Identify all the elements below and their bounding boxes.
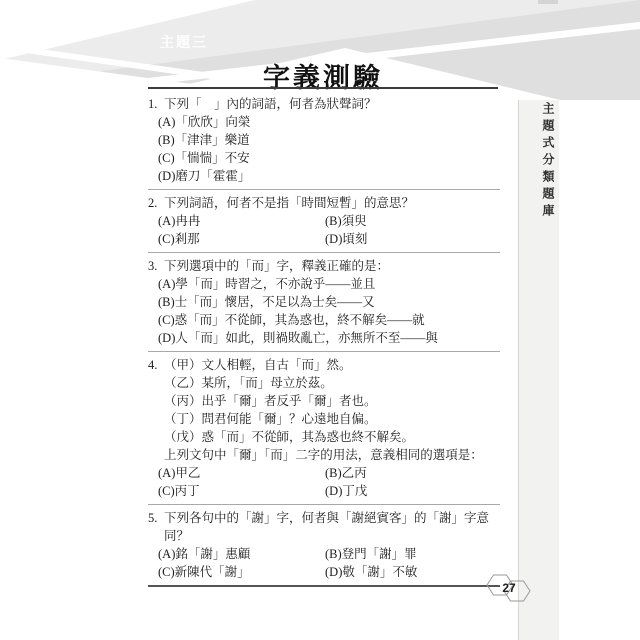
option-b: (B)「津津」樂道 xyxy=(158,131,500,149)
question-number: 2. xyxy=(148,194,164,212)
option-b: (B)乙丙 xyxy=(325,464,500,482)
question-stem: 2. 下列詞語，何者不是指「時間短暫」的意思？ xyxy=(148,194,500,212)
sub-item-jia: （甲）文人相輕，自古「而」然。 xyxy=(164,356,500,374)
option-b: (B)登門「謝」罪 xyxy=(325,545,500,563)
topic-banner-label: 主題三 xyxy=(160,32,208,52)
title-underline xyxy=(148,87,498,89)
question-stem: 5. 下列各句中的「謝」字，何者與「謝絕賓客」的「謝」字意同？ xyxy=(148,509,500,545)
option-a: (A)學「而」時習之，不亦說乎——並且 xyxy=(158,275,500,293)
option-d: (D)丁戊 xyxy=(325,482,500,500)
options: (A)「欣欣」向榮 (B)「津津」樂道 (C)「惴惴」不安 (D)磨刀「霍霍」 xyxy=(148,113,500,185)
question-stem: 3. 下列選項中的「而」字，釋義正確的是： xyxy=(148,257,500,275)
option-c: (C)丙丁 xyxy=(158,482,325,500)
sub-item-ding: （丁）問君何能「爾」？心遠地自偏。 xyxy=(164,410,500,428)
options: (A)學「而」時習之，不亦說乎——並且 (B)士「而」懷居，不足以為士矣——又 … xyxy=(148,275,500,347)
option-b: (B)須臾 xyxy=(325,212,500,230)
question-1: 1. 下列「 」內的詞語，何者為狀聲詞？ (A)「欣欣」向榮 (B)「津津」樂道… xyxy=(148,91,500,190)
option-d: (D)磨刀「霍霍」 xyxy=(158,167,500,185)
page-number-badge: 27 xyxy=(484,572,536,608)
option-c: (C)惑「而」不從師，其為惑也，終不解矣——就 xyxy=(158,311,500,329)
option-a: (A)冉冉 xyxy=(158,212,325,230)
question-number: 1. xyxy=(148,95,164,113)
option-a: (A)甲乙 xyxy=(158,464,325,482)
question-text: 下列「 」內的詞語，何者為狀聲詞？ xyxy=(164,95,500,113)
option-c: (C)「惴惴」不安 xyxy=(158,149,500,167)
question-4: 4. （甲）文人相輕，自古「而」然。 （乙）某所，「而」母立於茲。 （丙）出乎「… xyxy=(148,352,500,505)
sub-item-bing: （丙）出乎「爾」者反乎「爾」者也。 xyxy=(164,392,500,410)
question-number: 4. xyxy=(148,356,164,374)
question-list: 1. 下列「 」內的詞語，何者為狀聲詞？ (A)「欣欣」向榮 (B)「津津」樂道… xyxy=(148,91,500,587)
option-d: (D)人「而」如此，則禍敗亂亡，亦無所不至——與 xyxy=(158,329,500,347)
page-title: 字義測驗 xyxy=(148,56,498,95)
question-stem: 1. 下列「 」內的詞語，何者為狀聲詞？ xyxy=(148,95,500,113)
page-number: 27 xyxy=(502,581,516,595)
options: (A)冉冉 (B)須臾 (C)剎那 (D)頃刻 xyxy=(158,212,500,248)
option-a: (A)「欣欣」向榮 xyxy=(158,113,500,131)
question-text: 下列各句中的「謝」字，何者與「謝絕賓客」的「謝」字意同？ xyxy=(164,509,500,545)
option-c: (C)剎那 xyxy=(158,230,325,248)
option-d: (D)敬「謝」不敏 xyxy=(325,563,500,581)
header-decor-tick xyxy=(538,0,558,4)
option-b: (B)士「而」懷居，不足以為士矣——又 xyxy=(158,293,500,311)
question-stem-tail: 上列文句中「爾」「而」二字的用法，意義相同的選項是： xyxy=(164,446,500,464)
question-number: 5. xyxy=(148,509,164,545)
question-text: 下列選項中的「而」字，釋義正確的是： xyxy=(164,257,500,275)
question-3: 3. 下列選項中的「而」字，釋義正確的是： (A)學「而」時習之，不亦說乎——並… xyxy=(148,253,500,352)
options: (A)銘「謝」惠顧 (B)登門「謝」罪 (C)新陳代「謝」 (D)敬「謝」不敏 xyxy=(158,545,500,581)
side-tab-label: 主題式分類題庫 xyxy=(521,102,557,221)
hexagon-icon: 27 xyxy=(484,572,536,608)
option-d: (D)頃刻 xyxy=(325,230,500,248)
sub-item-yi: （乙）某所，「而」母立於茲。 xyxy=(164,374,500,392)
option-c: (C)新陳代「謝」 xyxy=(158,563,325,581)
option-a: (A)銘「謝」惠顧 xyxy=(158,545,325,563)
question-5: 5. 下列各句中的「謝」字，何者與「謝絕賓客」的「謝」字意同？ (A)銘「謝」惠… xyxy=(148,505,500,587)
question-number: 3. xyxy=(148,257,164,275)
question-2: 2. 下列詞語，何者不是指「時間短暫」的意思？ (A)冉冉 (B)須臾 (C)剎… xyxy=(148,190,500,253)
sub-item-wu: （戊）惑「而」不從師，其為惑也終不解矣。 xyxy=(164,428,500,446)
book-page: 主題三 字義測驗 主題式分類題庫 1. 下列「 」內的詞語，何者為狀聲詞？ (A… xyxy=(0,0,640,640)
question-stem: 4. （甲）文人相輕，自古「而」然。 xyxy=(148,356,500,374)
options: (A)甲乙 (B)乙丙 (C)丙丁 (D)丁戊 xyxy=(158,464,500,500)
question-text: 下列詞語，何者不是指「時間短暫」的意思？ xyxy=(164,194,500,212)
